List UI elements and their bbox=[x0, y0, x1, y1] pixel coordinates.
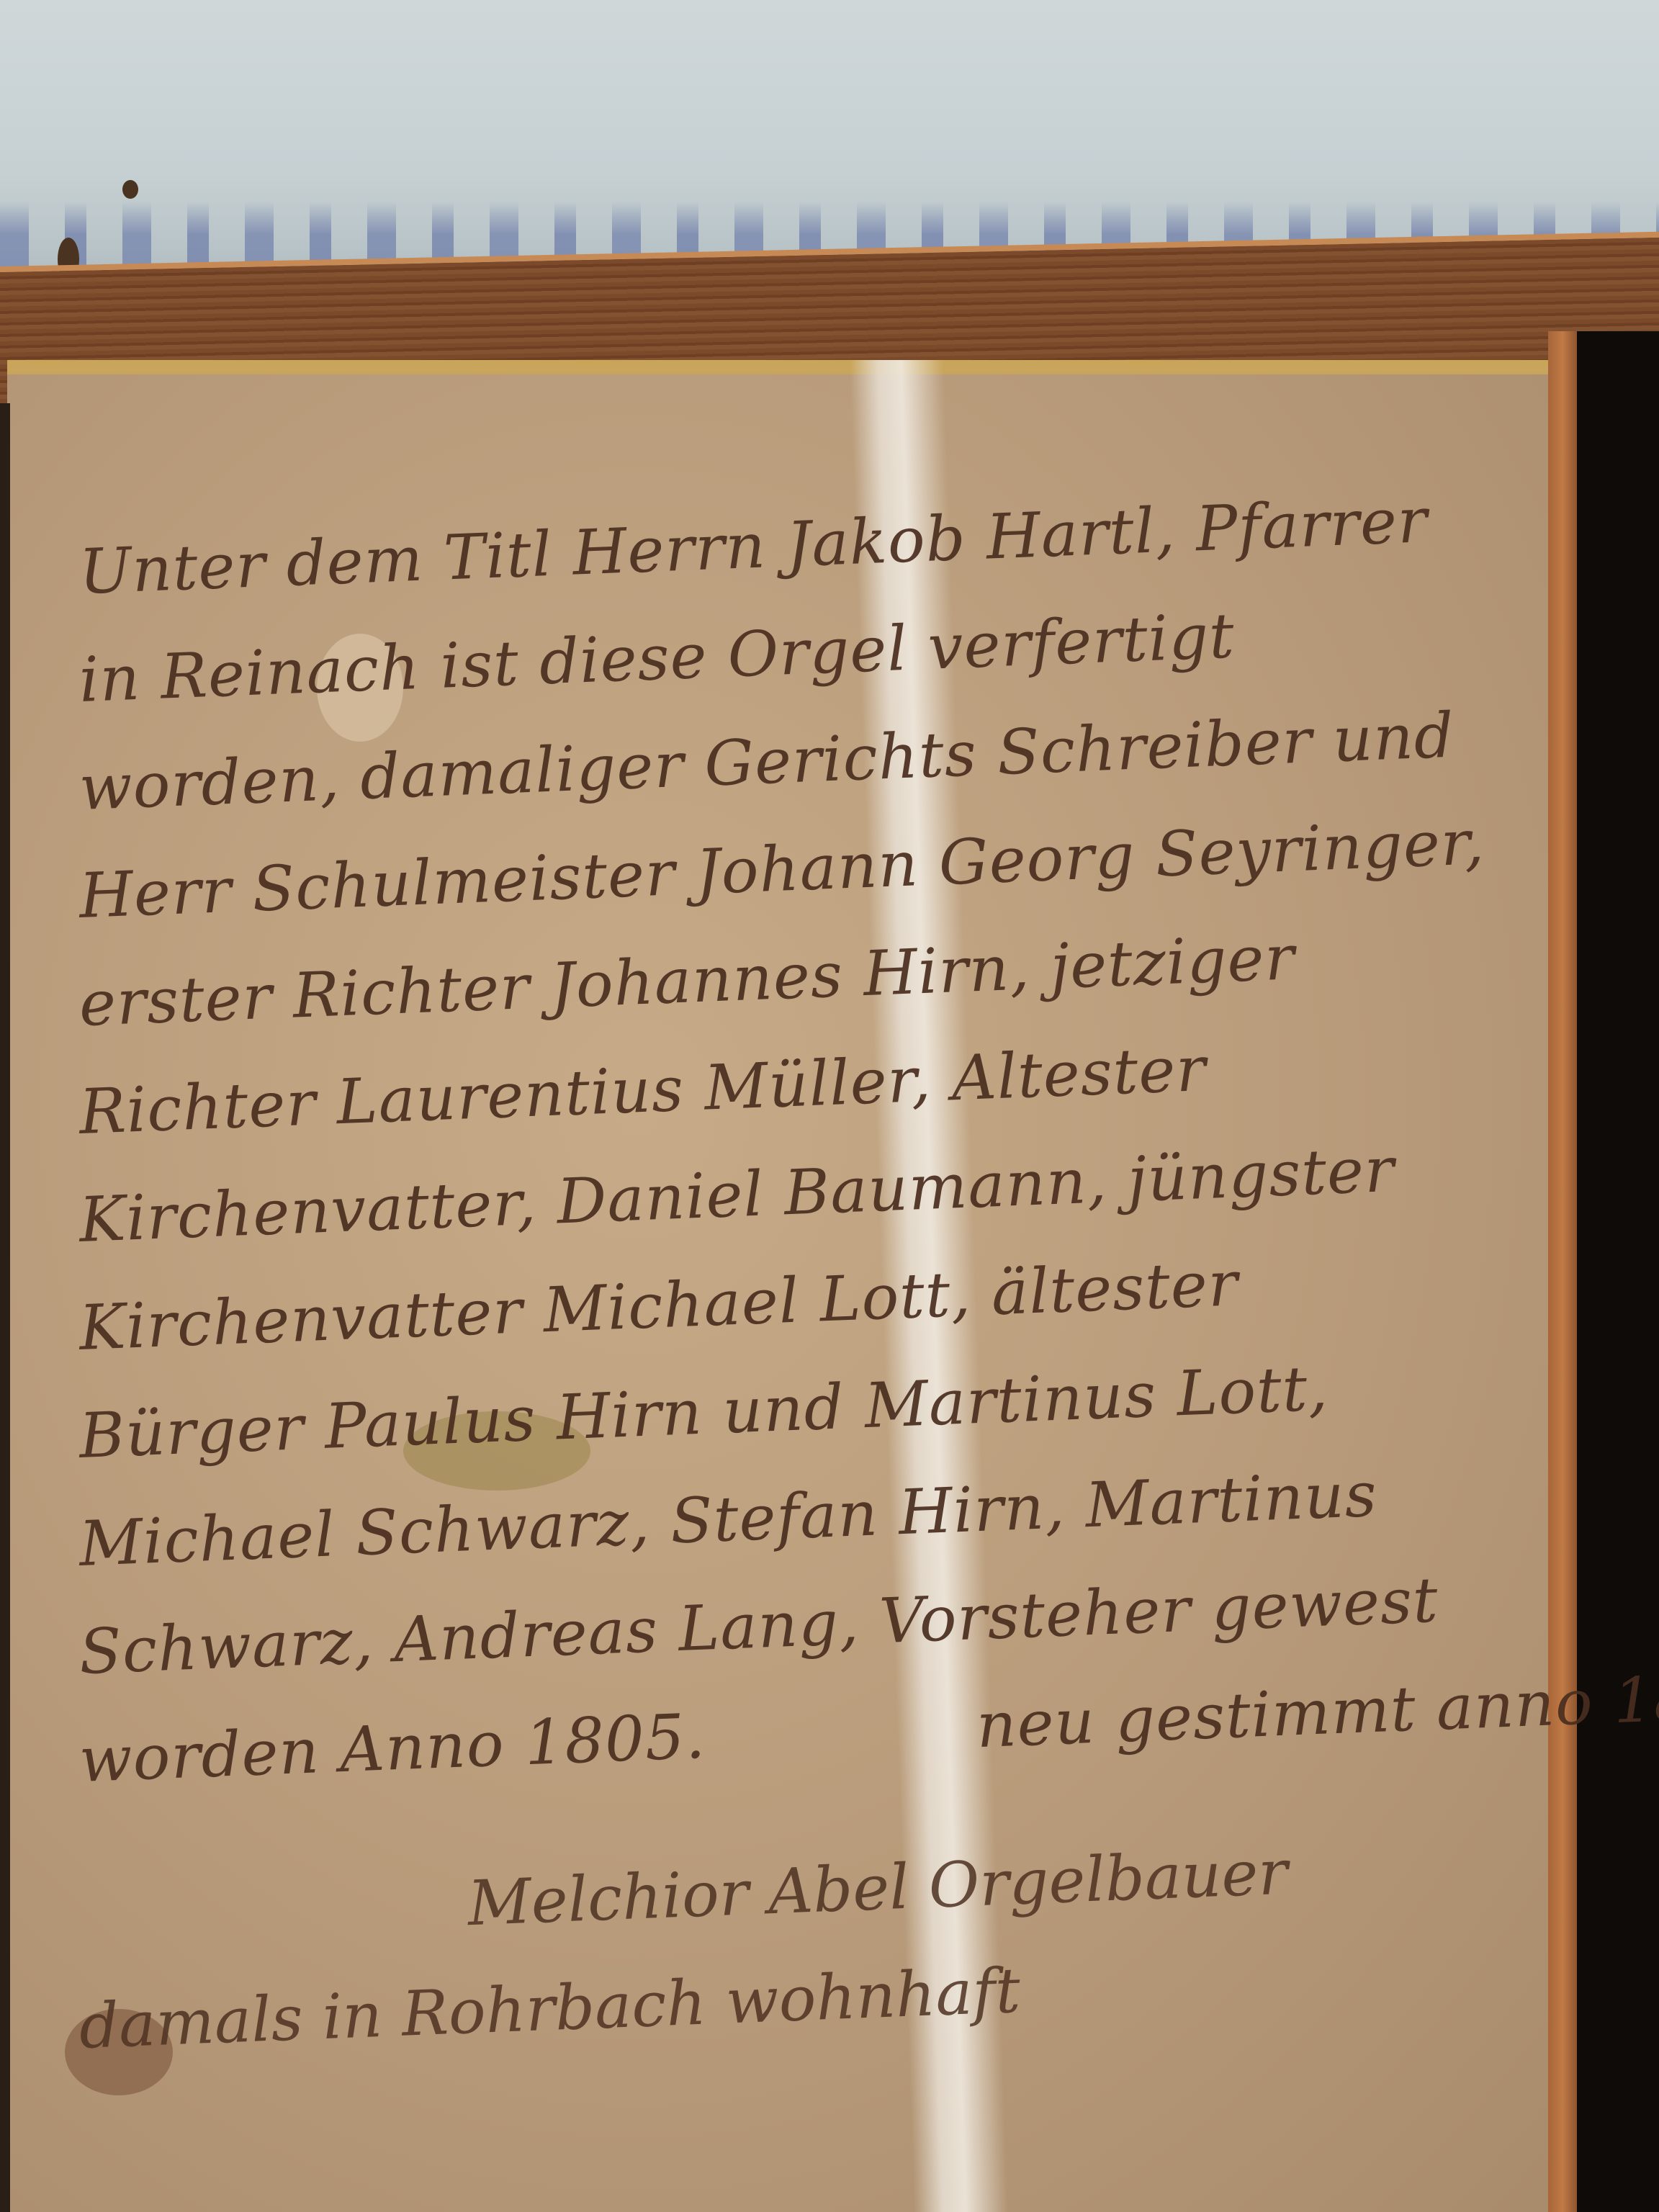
tuning-date: neu gestimmt anno 1816. bbox=[975, 1659, 1659, 1763]
signature-block: Melchior Abel Orgelbauer damals in Rohrb… bbox=[79, 1865, 1563, 2081]
nail-hole bbox=[122, 180, 138, 199]
build-date: worden Anno 1805. bbox=[78, 1701, 707, 1797]
inscription-text: Unter dem Titl Herrn Jakob Hartl, Pfarre… bbox=[79, 518, 1563, 1815]
right-shadow bbox=[1577, 331, 1659, 2212]
left-shadow bbox=[0, 403, 10, 2212]
